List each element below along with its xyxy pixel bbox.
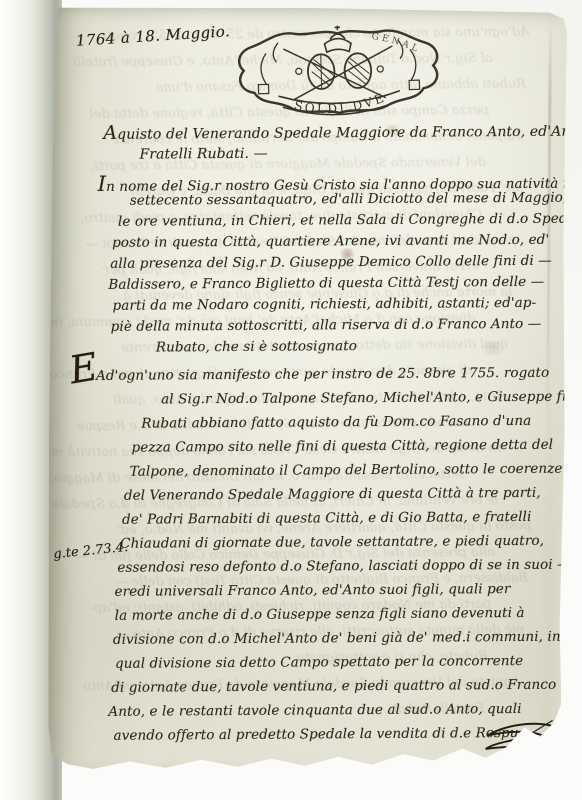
handwritten-line: essendosi reso defonto d.o Stefano, lasc… <box>117 557 570 584</box>
handwritten-line: settecento sessantaquatro, ed'alli Dicio… <box>130 190 568 214</box>
photo-background: Ad'ogn'uno sia manifesto che per instro … <box>0 0 582 800</box>
handwritten-line: del Venerando Spedale Maggiore di questa… <box>124 485 570 512</box>
notary-paraph <box>459 717 555 766</box>
manuscript-text: Aquisto del Venerando Spedale Maggiore d… <box>51 119 571 753</box>
stamp-value-text: SOLDI DVE <box>292 90 388 117</box>
handwritten-line: divisione con d.o Michel'Anto de' beni g… <box>113 629 571 656</box>
svg-text:SOLDI DVE: SOLDI DVE <box>292 90 388 117</box>
heading: Aquisto del Venerando Spedale Maggiore d… <box>51 119 567 173</box>
body-paragraph-2: Ad'ogn'uno sia manifesto che per instro … <box>53 365 572 753</box>
handwritten-line: Rubato, che si è sottosignato <box>156 337 569 361</box>
handwritten-line: Aquisto del Venerando Spedale Maggiore d… <box>103 119 567 147</box>
tax-stamp: SOLDI DVE GENAL <box>230 21 447 123</box>
handwritten-line: Chiaudani di giornate due, tavole settan… <box>120 533 570 560</box>
stamp-crown <box>324 26 351 52</box>
manuscript-page: Ad'ogn'uno sia manifesto che per instro … <box>47 6 568 777</box>
handwritten-line: la morte anche di d.o Giuseppe senza fig… <box>115 605 571 632</box>
handwritten-line: Rubati abbiano fatto aquisto da fù Dom.c… <box>141 413 569 440</box>
handwritten-line: Ad'ogn'uno sia manifesto che per instro … <box>96 365 569 392</box>
handwritten-line: Talpone, denominato il Campo del Bertoli… <box>130 461 570 488</box>
handwritten-line: qual divisione sia detto Campo spettato … <box>115 653 571 680</box>
handwritten-line: di giornate due, tavole ventiuna, e pied… <box>111 677 571 704</box>
date-annotation: 1764 à 18. Maggio. <box>75 22 230 50</box>
body-paragraph-1: In nome del Sig.r nostro Gesù Cristo sia… <box>52 169 569 362</box>
handwritten-line: al Sig.r Nod.o Talpone Stefano, Michel'A… <box>161 389 569 416</box>
handwritten-line: Fratelli Rubati. — <box>139 144 567 172</box>
handwritten-line: eredi universali Franco Anto, ed'Anto su… <box>114 581 570 608</box>
handwritten-line: pezza Campo sito nelle fini di questa Ci… <box>131 437 569 464</box>
handwritten-line: de' Padri Barnabiti di questa Città, e d… <box>122 509 570 536</box>
stamp-shields <box>307 53 371 89</box>
